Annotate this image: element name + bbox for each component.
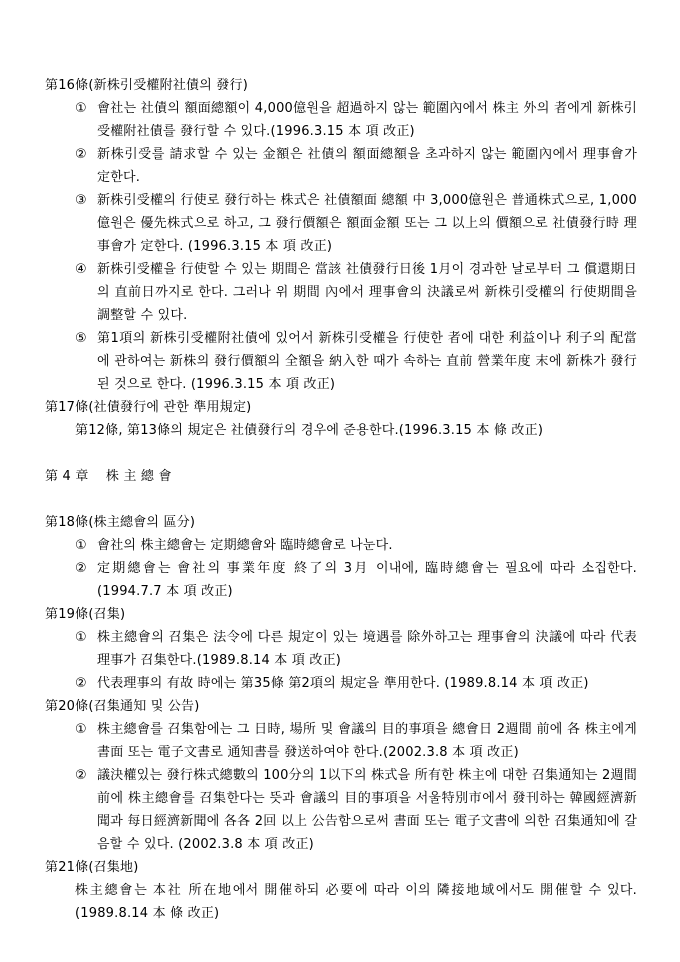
item-text: 新株引受權을 行使할 수 있는 期間은 當該 社債發行日後 1月이 경과한 날로… (97, 258, 637, 327)
article-item: ③ 新株引受權의 行使로 發行하는 株式은 社債額面 總額 中 3,000億원은… (75, 189, 637, 258)
document-page: 第16條(新株引受權附社債의 發行) ① 會社는 社債의 額面總額이 4,000… (0, 0, 680, 962)
document-body: 第16條(新株引受權附社債의 發行) ① 會社는 社債의 額面總額이 4,000… (45, 74, 637, 925)
item-number-marker: ① (75, 718, 97, 764)
article-16: 第16條(新株引受權附社債의 發行) ① 會社는 社債의 額面總額이 4,000… (45, 74, 637, 396)
item-number-marker: ② (75, 672, 97, 695)
article-item: ① 株主總會의 召集은 法令에 다른 規定이 있는 境遇를 除外하고는 理事會의… (75, 626, 637, 672)
item-text: 定期總會는 會社의 事業年度 終了의 3月 이내에, 臨時總會는 필요에 따라 … (97, 557, 637, 603)
item-number-marker: ② (75, 557, 97, 603)
item-text: 會社의 株主總會는 定期總會와 臨時總會로 나눈다. (97, 534, 637, 557)
item-text: 議決權있는 發行株式總數의 100分의 1以下의 株式을 所有한 株主에 대한 … (97, 764, 637, 856)
item-text: 株主總會의 召集은 法令에 다른 規定이 있는 境遇를 除外하고는 理事會의 決… (97, 626, 637, 672)
article-item: ② 代表理事의 有故 時에는 第35條 第2項의 規定을 準用한다. (1989… (75, 672, 637, 695)
article-heading: 第16條(新株引受權附社債의 發行) (45, 74, 637, 97)
item-text: 株主總會를 召集함에는 그 日時, 場所 및 會議의 目的事項을 總會日 2週間… (97, 718, 637, 764)
article-item: ⑤ 第1項의 新株引受權附社債에 있어서 新株引受權을 行使한 者에 대한 利益… (75, 327, 637, 396)
article-item: ② 新株引受를 請求할 수 있는 金額은 社債의 額面總額을 초과하지 않는 範… (75, 143, 637, 189)
item-number-marker: ④ (75, 258, 97, 327)
article-item: ④ 新株引受權을 行使할 수 있는 期間은 當該 社債發行日後 1月이 경과한 … (75, 258, 637, 327)
item-text: 新株引受를 請求할 수 있는 金額은 社債의 額面總額을 초과하지 않는 範圍內… (97, 143, 637, 189)
article-19: 第19條(召集) ① 株主總會의 召集은 法令에 다른 規定이 있는 境遇를 除… (45, 603, 637, 695)
item-text: 代表理事의 有故 時에는 第35條 第2項의 規定을 準用한다. (1989.8… (97, 672, 637, 695)
item-number-marker: ⑤ (75, 327, 97, 396)
item-number-marker: ① (75, 97, 97, 143)
article-paragraph: 第12條, 第13條의 規定은 社債發行의 경우에 준용한다.(1996.3.1… (75, 419, 637, 442)
article-21: 第21條(召集地) 株主總會는 本社 所在地에서 開催하되 必要에 따라 이의 … (45, 856, 637, 925)
item-text: 會社는 社債의 額面總額이 4,000億원을 超過하지 않는 範圍內에서 株主 … (97, 97, 637, 143)
article-heading: 第21條(召集地) (45, 856, 637, 879)
article-heading: 第17條(社債發行에 관한 準用規定) (45, 396, 637, 419)
article-17: 第17條(社債發行에 관한 準用規定) 第12條, 第13條의 規定은 社債發行… (45, 396, 637, 442)
article-20: 第20條(召集通知 및 公告) ① 株主總會를 召集함에는 그 日時, 場所 및… (45, 695, 637, 856)
chapter-heading: 第 4 章 株 主 總 會 (45, 465, 637, 488)
article-item: ② 定期總會는 會社의 事業年度 終了의 3月 이내에, 臨時總會는 필요에 따… (75, 557, 637, 603)
article-18: 第18條(株主總會의 區分) ① 會社의 株主總會는 定期總會와 臨時總會로 나… (45, 511, 637, 603)
item-number-marker: ② (75, 764, 97, 856)
item-number-marker: ③ (75, 189, 97, 258)
article-heading: 第18條(株主總會의 區分) (45, 511, 637, 534)
article-item: ① 會社의 株主總會는 定期總會와 臨時總會로 나눈다. (75, 534, 637, 557)
item-text: 第1項의 新株引受權附社債에 있어서 新株引受權을 行使한 者에 대한 利益이나… (97, 327, 637, 396)
item-number-marker: ① (75, 626, 97, 672)
article-paragraph: 株主總會는 本社 所在地에서 開催하되 必要에 따라 이의 隣接地域에서도 開催… (75, 879, 637, 925)
article-item: ② 議決權있는 發行株式總數의 100分의 1以下의 株式을 所有한 株主에 대… (75, 764, 637, 856)
item-number-marker: ① (75, 534, 97, 557)
article-item: ① 株主總會를 召集함에는 그 日時, 場所 및 會議의 目的事項을 總會日 2… (75, 718, 637, 764)
item-text: 新株引受權의 行使로 發行하는 株式은 社債額面 總額 中 3,000億원은 普… (97, 189, 637, 258)
article-heading: 第19條(召集) (45, 603, 637, 626)
article-heading: 第20條(召集通知 및 公告) (45, 695, 637, 718)
article-item: ① 會社는 社債의 額面總額이 4,000億원을 超過하지 않는 範圍內에서 株… (75, 97, 637, 143)
item-number-marker: ② (75, 143, 97, 189)
